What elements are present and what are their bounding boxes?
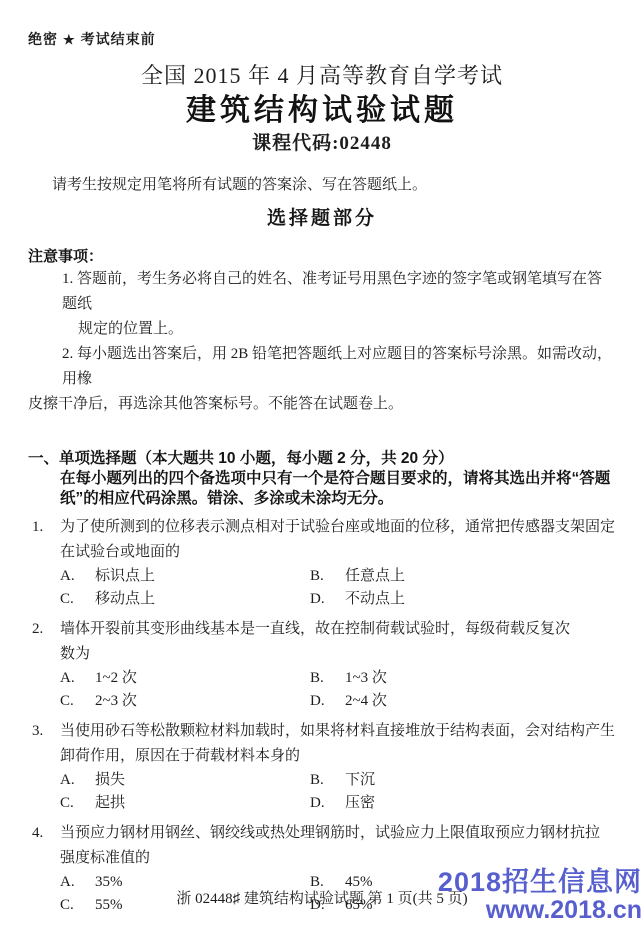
course-code: 课程代码:02448: [28, 133, 616, 155]
answer-instruction: 请考生按规定用笔将所有试题的答案涂、写在答题纸上。: [28, 175, 616, 195]
section-heading: 一、单项选择题（本大题共 10 小题，每小题 2 分，共 20 分） 在每小题列…: [28, 449, 616, 509]
notes-title: 注意事项：: [28, 247, 616, 267]
option: C.移动点上: [60, 588, 310, 611]
watermark-site-url: www.2018.cn: [438, 896, 642, 924]
option: C.起拱: [60, 792, 310, 815]
question-text-line: 为了使所测到的位移表示测点相对于试验台座或地面的位移，通常把传感器支架固定: [60, 515, 616, 540]
security-suffix: 考试结束前: [81, 31, 156, 47]
option-text: 损失: [95, 772, 125, 788]
watermark-site-name: 2018招生信息网: [438, 868, 642, 896]
notes-section: 注意事项： 1. 答题前，考生务必将自己的姓名、准考证号用黑色字迹的签字笔或钢笔…: [28, 247, 616, 417]
section-heading-line: 一、单项选择题（本大题共 10 小题，每小题 2 分，共 20 分）: [28, 449, 616, 469]
section-heading-line: 在每小题列出的四个备选项中只有一个是符合题目要求的，请将其选出并将“答题: [28, 469, 616, 489]
note-line: 规定的位置上。: [28, 317, 616, 342]
option-label: A.: [60, 565, 82, 588]
option: A.标识点上: [60, 565, 310, 588]
option-label: D.: [310, 588, 332, 611]
option-text: 2~3 次: [95, 693, 137, 709]
option-text: 1~3 次: [345, 670, 387, 686]
option-text: 标识点上: [95, 568, 155, 584]
question: 3. 当使用砂石等松散颗粒材料加载时，如果将材料直接堆放于结构表面，会对结构产生…: [28, 719, 616, 815]
option: A.损失: [60, 769, 310, 792]
option-text: 任意点上: [345, 568, 405, 584]
option-label: C.: [60, 690, 82, 713]
security-label: 绝密★考试结束前: [28, 30, 616, 49]
star-icon: ★: [58, 32, 81, 47]
question-text-line: 在试验台或地面的: [60, 540, 616, 565]
security-prefix: 绝密: [28, 31, 58, 47]
part-title: 选择题部分: [28, 207, 616, 231]
option: B.任意点上: [310, 565, 616, 588]
option: D.不动点上: [310, 588, 616, 611]
note-line: 皮擦干净后，再选涂其他答案标号。不能答在试题卷上。: [28, 392, 616, 417]
options-grid: A.标识点上 B.任意点上 C.移动点上 D.不动点上: [60, 565, 616, 611]
option-text: 不动点上: [345, 591, 405, 607]
question-number: 1.: [32, 515, 43, 540]
option: B.1~3 次: [310, 667, 616, 690]
option-text: 2~4 次: [345, 693, 387, 709]
question-number: 3.: [32, 719, 43, 744]
question-text-line: 卸荷作用，原因在于荷载材料本身的: [60, 744, 616, 769]
exam-session-title: 全国 2015 年 4 月高等教育自学考试: [28, 61, 616, 91]
option-text: 移动点上: [95, 591, 155, 607]
question-number: 4.: [32, 821, 43, 846]
option-label: C.: [60, 588, 82, 611]
question-text-line: 当预应力钢材用钢丝、钢绞线或热处理钢筋时，试验应力上限值取预应力钢材抗拉: [60, 821, 616, 846]
option-text: 下沉: [345, 772, 375, 788]
option-text: 1~2 次: [95, 670, 137, 686]
watermark: 2018招生信息网 www.2018.cn: [438, 868, 642, 924]
question: 2. 墙体开裂前其变形曲线基本是一直线，故在控制荷载试验时，每级荷载反复次 数为…: [28, 617, 616, 713]
paper-title: 建筑结构试验试题: [28, 93, 616, 129]
option: A.1~2 次: [60, 667, 310, 690]
option-label: B.: [310, 769, 332, 792]
section-heading-line: 纸”的相应代码涂黑。错涂、多涂或未涂均无分。: [28, 489, 616, 509]
option-label: D.: [310, 792, 332, 815]
options-grid: A.1~2 次 B.1~3 次 C.2~3 次 D.2~4 次: [60, 667, 616, 713]
note-line: 2. 每小题选出答案后，用 2B 铅笔把答题纸上对应题目的答案标号涂黑。如需改动…: [28, 342, 616, 392]
question-text-line: 数为: [60, 642, 616, 667]
note-line: 1. 答题前，考生务必将自己的姓名、准考证号用黑色字迹的签字笔或钢笔填写在答题纸: [28, 267, 616, 317]
option-text: 45%: [345, 874, 373, 890]
questions: 1. 为了使所测到的位移表示测点相对于试验台座或地面的位移，通常把传感器支架固定…: [28, 515, 616, 917]
exam-paper-page: 绝密★考试结束前 全国 2015 年 4 月高等教育自学考试 建筑结构试验试题 …: [0, 0, 644, 943]
option-label: A.: [60, 769, 82, 792]
option: C.2~3 次: [60, 690, 310, 713]
option-label: D.: [310, 690, 332, 713]
question-text-line: 墙体开裂前其变形曲线基本是一直线，故在控制荷载试验时，每级荷载反复次: [60, 617, 616, 642]
option-text: 压密: [345, 795, 375, 811]
options-grid: A.损失 B.下沉 C.起拱 D.压密: [60, 769, 616, 815]
option-label: C.: [60, 792, 82, 815]
question-text-line: 当使用砂石等松散颗粒材料加载时，如果将材料直接堆放于结构表面，会对结构产生: [60, 719, 616, 744]
option-text: 35%: [95, 874, 123, 890]
option-text: 起拱: [95, 795, 125, 811]
question-number: 2.: [32, 617, 43, 642]
option: D.2~4 次: [310, 690, 616, 713]
option: D.压密: [310, 792, 616, 815]
option: B.下沉: [310, 769, 616, 792]
option-label: B.: [310, 667, 332, 690]
question: 1. 为了使所测到的位移表示测点相对于试验台座或地面的位移，通常把传感器支架固定…: [28, 515, 616, 611]
option-label: B.: [310, 565, 332, 588]
option-label: A.: [60, 667, 82, 690]
